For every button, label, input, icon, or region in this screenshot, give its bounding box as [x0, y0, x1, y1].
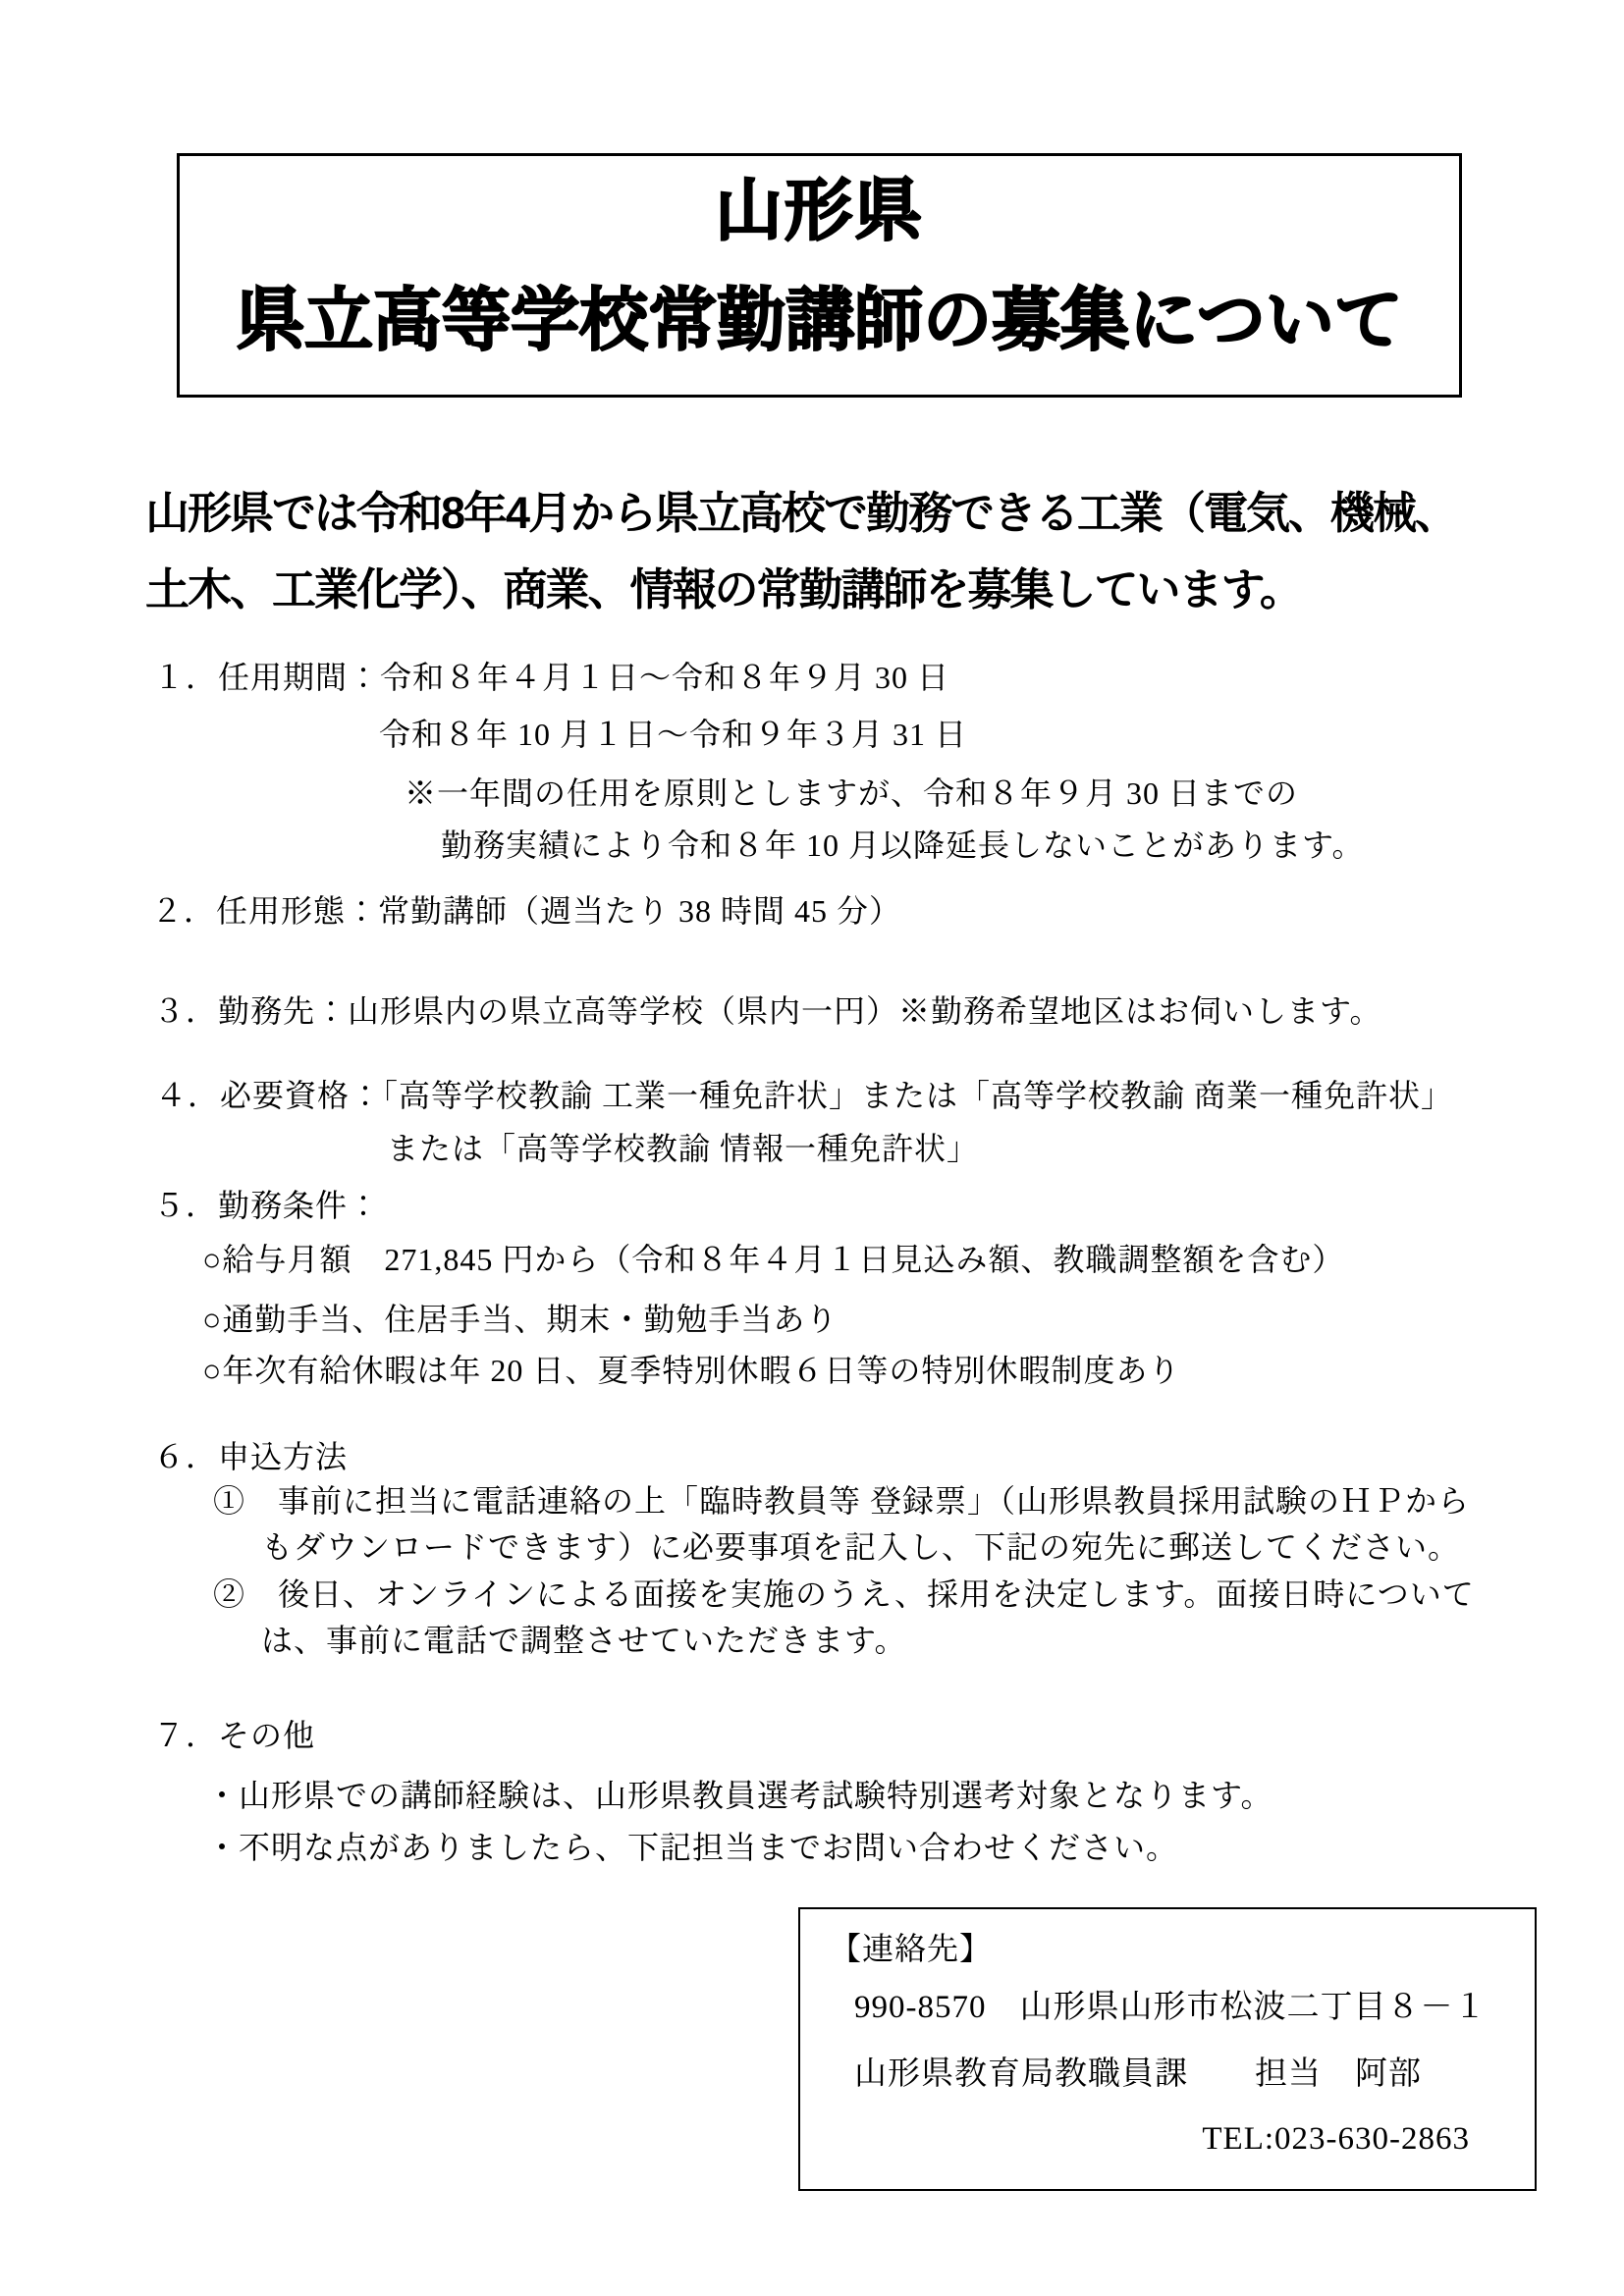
item6-step2-line1: ② 後日、オンラインによる面接を実施のうえ、採用を決定します。面接日時について [213, 1578, 1475, 1610]
contact-box: 【連絡先】 990-8570 山形県山形市松波二丁目８－１ 山形県教育局教職員課… [798, 1907, 1537, 2191]
contact-tel: TEL:023-630-2863 [1202, 2123, 1470, 2156]
item4-line2: または「高等学校教諭 情報一種免許状」 [387, 1133, 979, 1164]
document-page: 山形県 県立高等学校常勤講師の募集について 山形県では令和8年4月から県立高校で… [0, 0, 1624, 2296]
item5-heading: ５．勤務条件： [153, 1190, 380, 1221]
title-main: 県立高等学校常勤講師の募集について [180, 286, 1459, 354]
title-box: 山形県 県立高等学校常勤講師の募集について [177, 153, 1462, 398]
contact-address: 990-8570 山形県山形市松波二丁目８－１ [854, 1992, 1488, 2024]
contact-header: 【連絡先】 [830, 1933, 992, 1964]
item5-bullet-salary: ○給与月額 271,845 円から（令和８年４月１日見込み額、教職調整額を含む） [202, 1244, 1344, 1275]
item7-heading: ７．その他 [153, 1720, 315, 1751]
item7-bullet1: ・山形県での講師経験は、山形県教員選考試験特別選考対象となります。 [206, 1780, 1272, 1811]
item6-step1-line1: ① 事前に担当に電話連絡の上「臨時教員等 登録票」（山形県教員採用試験のＨＰから [213, 1485, 1470, 1517]
item3-heading: ３．勤務先：山形県内の県立高等学校（県内一円）※勤務希望地区はお伺いします。 [153, 995, 1381, 1027]
item7-bullet2: ・不明な点がありましたら、下記担当までお問い合わせください。 [206, 1832, 1178, 1863]
item1-heading: １．任用期間：令和８年４月１日～令和８年９月 30 日 [153, 662, 949, 693]
item2-heading: ２．任用形態：常勤講師（週当たり 38 時間 45 分） [151, 895, 901, 927]
intro-line-2: 土木、工業化学）、商業、情報の常勤講師を募集しています。 [145, 567, 1302, 612]
intro-line-1: 山形県では令和8年4月から県立高校で勤務できる工業（電気、機械、 [145, 491, 1457, 535]
item6-step1-line2: もダウンロードできます）に必要事項を記入し、下記の宛先に郵送してください。 [261, 1531, 1460, 1563]
title-prefecture: 山形県 [180, 177, 1459, 244]
item1-line2: 令和８年 10 月１日～令和９年３月 31 日 [379, 719, 967, 750]
item6-step2-line2: は、事前に電話で調整させていただきます。 [261, 1625, 906, 1656]
item6-heading: ６．申込方法 [153, 1441, 348, 1472]
item5-bullet-leave: ○年次有給休暇は年 20 日、夏季特別休暇６日等の特別休暇制度あり [202, 1355, 1180, 1386]
item1-note1: ※一年間の任用を原則としますが、令和８年９月 30 日までの [405, 777, 1298, 809]
item4-heading: ４．必要資格：「高等学校教諭 工業一種免許状」または「高等学校教諭 商業一種免許… [155, 1080, 1453, 1111]
contact-department: 山形県教育局教職員課 担当 阿部 [854, 2058, 1422, 2091]
item1-note2: 勤務実績により令和８年 10 月以降延長しないことがあります。 [441, 829, 1364, 861]
item5-bullet-allowance: ○通勤手当、住居手当、期末・勤勉手当あり [202, 1304, 838, 1335]
